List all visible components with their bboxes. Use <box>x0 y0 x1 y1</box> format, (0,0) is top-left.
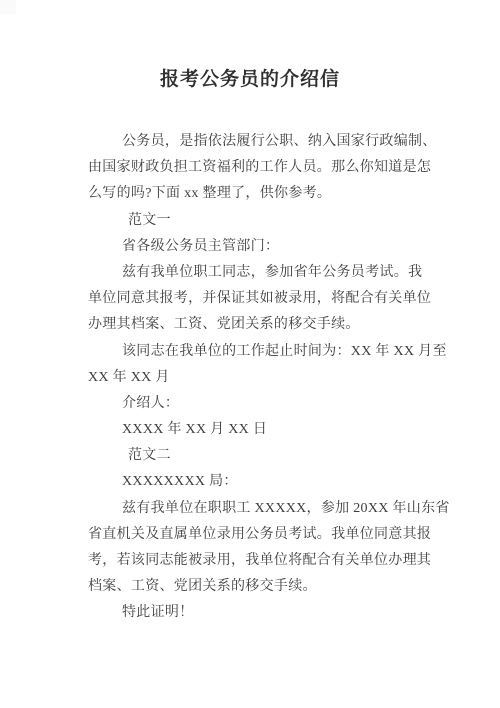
text-line: 省直机关及直属单位录用公务员考试。我单位同意其报 <box>88 522 440 548</box>
document-body: 公务员，是指依法履行公职、纳入国家行政编制、由国家财政负担工资福利的工作人员。那… <box>88 129 440 627</box>
text-line: XX 年 XX 月 <box>88 365 440 391</box>
document-page: 报考公务员的介绍信 公务员，是指依法履行公职、纳入国家行政编制、由国家财政负担工… <box>0 0 500 708</box>
text-line: 特此证明！ <box>88 600 440 626</box>
text-line: 档案、工资、党团关系的移交手续。 <box>88 574 440 600</box>
text-line: XXXX 年 XX 月 XX 日 <box>88 417 440 443</box>
text-line: 由国家财政负担工资福利的工作人员。那么你知道是怎 <box>88 155 440 181</box>
text-line: 范文一 <box>88 208 440 234</box>
text-line: 办理其档案、工资、党团关系的移交手续。 <box>88 312 440 338</box>
text-line: 兹有我单位职工同志，参加省年公务员考试。我 <box>88 260 440 286</box>
text-line: 公务员，是指依法履行公职、纳入国家行政编制、 <box>88 129 440 155</box>
text-line: 么写的吗?下面 xx 整理了，供你参考。 <box>88 181 440 207</box>
text-line: 单位同意其报考，并保证其如被录用，将配合有关单位 <box>88 286 440 312</box>
document-title: 报考公务员的介绍信 <box>0 64 500 91</box>
text-line: 介绍人： <box>88 391 440 417</box>
text-line: 范文二 <box>88 443 440 469</box>
text-line: 省各级公务员主管部门： <box>88 234 440 260</box>
text-line: 兹有我单位在职职工 XXXXX，参加 20XX 年山东省 <box>88 496 440 522</box>
scan-corner-artifact <box>0 0 16 14</box>
text-line: 该同志在我单位的工作起止时间为：XX 年 XX 月至 <box>88 339 440 365</box>
text-line: XXXXXXXX 局： <box>88 469 440 495</box>
text-line: 考，若该同志能被录用，我单位将配合有关单位办理其 <box>88 548 440 574</box>
